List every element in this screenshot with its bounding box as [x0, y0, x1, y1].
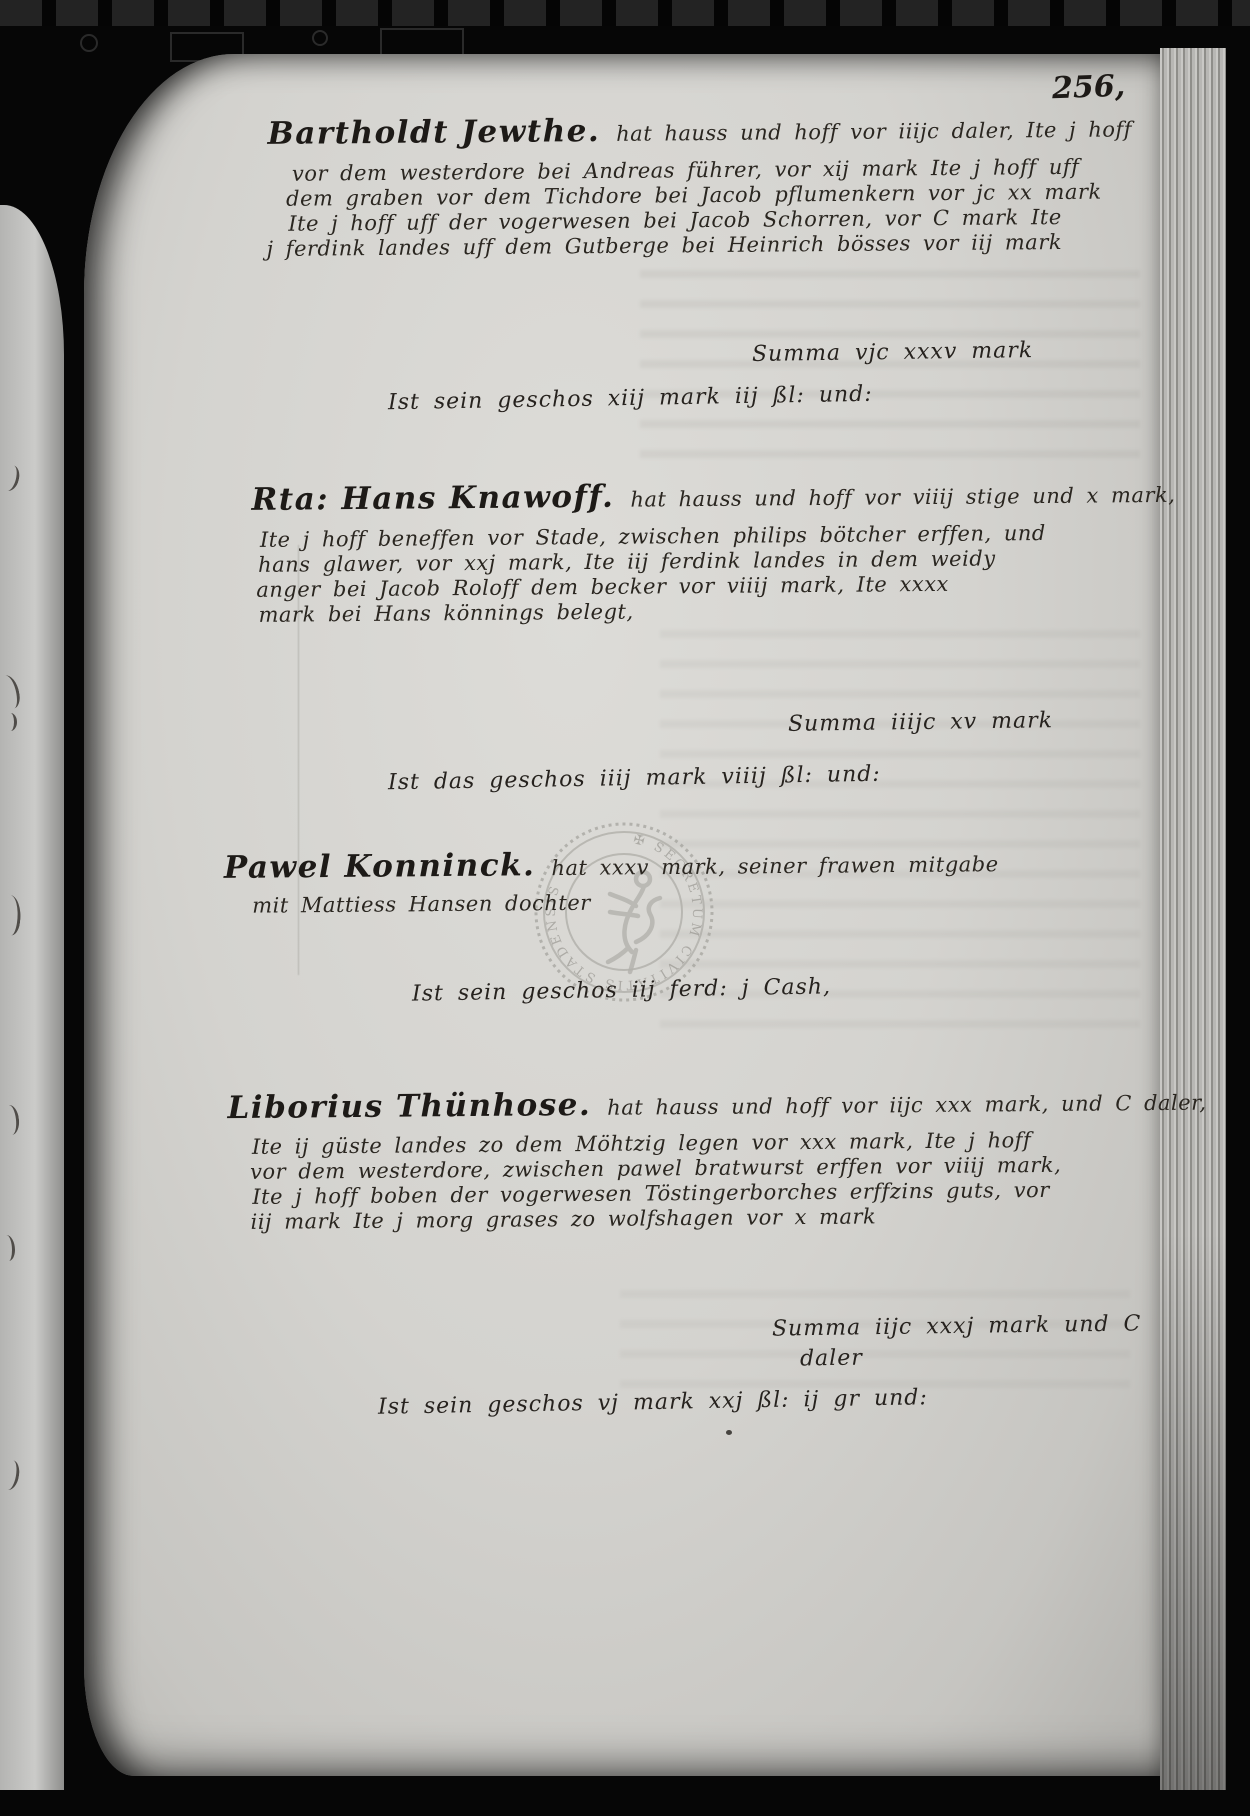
facing-page-ink-mark — [0, 894, 24, 937]
entry-bartholdt-jewthe: Bartholdt Jewthe.hat hauss und hoff vor … — [267, 108, 1168, 261]
book-fore-edge-stack — [1160, 48, 1226, 1790]
entry-heading-row: Pawel Konninck.hat xxxv mark, seiner fra… — [224, 842, 1124, 886]
summa-line: Summa iiijc xv mark — [788, 708, 1053, 737]
entry-first-line: hat xxxv mark, seiner frawen mitgabe — [551, 852, 998, 880]
entry-first-line: hat hauss und hoff vor viiij stige und x… — [630, 483, 1175, 512]
facing-page-edge — [0, 205, 64, 1790]
entry-name: Bartholdt Jewthe. — [267, 113, 600, 152]
folio-number: 256, — [1051, 69, 1125, 107]
entry-heading-row: Bartholdt Jewthe.hat hauss und hoff vor … — [267, 108, 1167, 152]
entry-name: Rta: Hans Knawoff. — [251, 479, 614, 518]
entry-heading-row: Rta: Hans Knawoff.hat hauss und hoff vor… — [251, 474, 1151, 518]
entry-heading-row: Liborius Thünhose.hat hauss und hoff vor… — [227, 1082, 1167, 1126]
film-mark-circle — [80, 34, 98, 52]
summa-line-continued: daler — [800, 1346, 863, 1372]
film-mark-circle — [312, 30, 328, 46]
entry-pawel-konninck: Pawel Konninck.hat xxxv mark, seiner fra… — [224, 842, 1125, 918]
facing-page-ink-mark — [0, 463, 22, 492]
summa-line: Summa vjc xxxv mark — [752, 338, 1033, 367]
film-edge-strip — [0, 0, 1250, 26]
entry-name: Pawel Konninck. — [224, 847, 536, 886]
entry-hans-knawoff: Rta: Hans Knawoff.hat hauss und hoff vor… — [251, 474, 1152, 627]
entry-first-line: hat hauss und hoff vor iijc xxx mark, un… — [607, 1091, 1206, 1120]
facing-page-ink-mark — [4, 713, 17, 731]
facing-page-ink-mark — [0, 1459, 21, 1491]
entry-first-line: hat hauss und hoff vor iiijc daler, Ite … — [616, 117, 1132, 145]
summa-line: Summa iijc xxxj mark und C — [772, 1311, 1142, 1341]
entry-liborius-thunhose: Liborius Thünhose.hat hauss und hoff vor… — [227, 1082, 1168, 1234]
facing-page-ink-mark — [0, 1235, 15, 1261]
entry-name: Liborius Thünhose. — [227, 1087, 591, 1126]
ink-speck — [726, 1430, 732, 1435]
facing-page-ink-mark — [0, 674, 22, 711]
manuscript-scan: 256, ✠ SECRETUM CIVITATIS STADENSIS — [0, 0, 1250, 1816]
facing-page-ink-mark — [0, 1104, 20, 1136]
